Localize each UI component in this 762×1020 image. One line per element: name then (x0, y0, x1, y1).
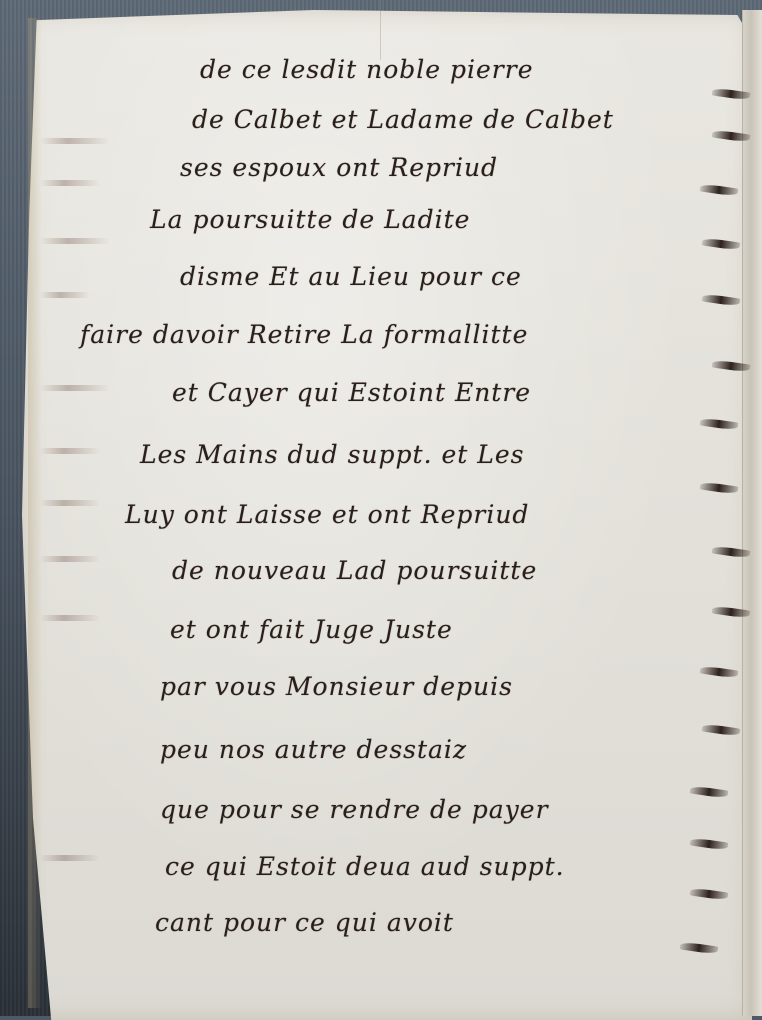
manuscript-line: ce qui Estoit deua aud suppt. (165, 852, 565, 881)
manuscript-line: de nouveau Lad poursuitte (172, 556, 537, 585)
manuscript-line: cant pour ce qui avoit (155, 908, 454, 937)
line-end-flourish (712, 129, 751, 142)
manuscript-line: La poursuitte de Ladite (150, 205, 470, 234)
manuscript-text: de ce lesdit noble pierre de Calbet et L… (0, 0, 762, 1016)
manuscript-line: Les Mains dud suppt. et Les (140, 440, 525, 469)
manuscript-line: disme Et au Lieu pour ce (180, 262, 522, 291)
line-end-flourish (702, 293, 741, 306)
line-end-flourish (690, 785, 729, 798)
line-end-flourish (712, 545, 751, 558)
manuscript-line: et Cayer qui Estoint Entre (172, 378, 531, 407)
line-end-flourish (702, 723, 741, 736)
line-end-flourish (690, 887, 729, 900)
line-end-flourish (712, 605, 751, 618)
manuscript-line: et ont fait Juge Juste (170, 615, 453, 644)
line-end-flourish (712, 359, 751, 372)
manuscript-line: peu nos autre desstaiz (160, 735, 467, 764)
manuscript-line: de ce lesdit noble pierre (200, 55, 533, 84)
line-end-flourish (680, 941, 719, 954)
manuscript-line: ses espoux ont Repriud (180, 153, 498, 182)
line-end-flourish (690, 837, 729, 850)
line-end-flourish (700, 417, 739, 430)
manuscript-line: Luy ont Laisse et ont Repriud (125, 500, 529, 529)
line-end-flourish (700, 481, 739, 494)
manuscript-line: faire davoir Retire La formallitte (80, 320, 528, 349)
line-end-flourish (712, 87, 751, 100)
line-end-flourish (700, 665, 739, 678)
manuscript-line: par vous Monsieur depuis (160, 672, 513, 701)
line-end-flourish (702, 237, 741, 250)
line-end-flourish (700, 183, 739, 196)
manuscript-line: que pour se rendre de payer (160, 795, 549, 824)
manuscript-line: de Calbet et Ladame de Calbet (192, 105, 614, 134)
